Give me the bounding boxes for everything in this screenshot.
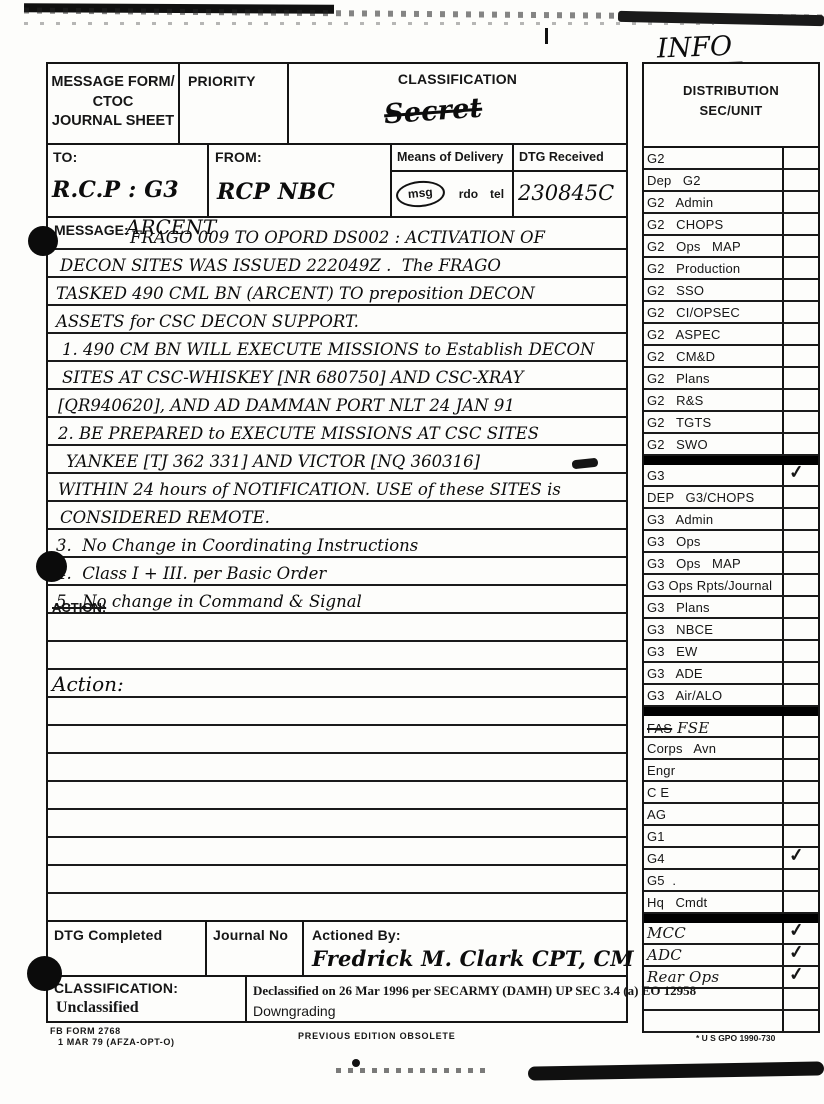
from-handwritten-value: RCP NBC — [217, 179, 335, 205]
distribution-row-label: G2 SWO — [644, 434, 782, 454]
scanned-message-form-page: MESSAGE FORM/ CTOC JOURNAL SHEET PRIORIT… — [0, 0, 824, 1104]
distribution-row: G3 Ops MAP — [644, 553, 818, 575]
priority-cell: PRIORITY — [180, 64, 289, 143]
distribution-row-label: G2 R&S — [644, 390, 782, 410]
distribution-row-label: G2 CI/OPSEC — [644, 302, 782, 322]
form-title-line: MESSAGE FORM/ — [48, 73, 178, 93]
actioned-by-cell: Actioned By: Fredrick M. Clark CPT, CM — [304, 922, 626, 975]
distribution-row-handwritten-label: ADC — [644, 945, 782, 965]
checkmark-icon: ✓ — [788, 941, 805, 963]
distribution-row-label: G3 Ops Rpts/Journal — [644, 575, 782, 595]
actioned-by-handwritten-signature: Fredrick M. Clark CPT, CM — [312, 946, 634, 971]
hole-punch-dot — [28, 226, 58, 256]
check-cell — [782, 346, 818, 366]
check-cell — [782, 641, 818, 661]
form-header-row: MESSAGE FORM/ CTOC JOURNAL SHEET PRIORIT… — [46, 62, 628, 145]
message-line: 1. 490 CM BN WILL EXECUTE MISSIONS to Es… — [48, 332, 626, 362]
message-line: DECON SITES WAS ISSUED 222049Z . The FRA… — [48, 248, 626, 278]
check-cell — [782, 192, 818, 212]
check-cell — [782, 738, 818, 758]
check-cell — [782, 236, 818, 256]
distribution-row: G2 SWO — [644, 434, 818, 456]
distribution-row: G2 CI/OPSEC — [644, 302, 818, 324]
distribution-row: G3 Air/ALO — [644, 685, 818, 707]
distribution-row: FAS FSE — [644, 716, 818, 738]
distribution-row-label: G3 Plans — [644, 597, 782, 617]
check-cell — [782, 214, 818, 234]
check-cell — [782, 258, 818, 278]
distribution-row: Engr — [644, 760, 818, 782]
form-date: 1 MAR 79 (AFZA-OPT-O) — [50, 1037, 175, 1048]
distribution-row-label: G2 Plans — [644, 368, 782, 388]
distribution-row: G2 CHOPS — [644, 214, 818, 236]
classification-block-cell: CLASSIFICATION: Unclassified — [48, 977, 247, 1021]
scan-artifact-bottom — [352, 1059, 360, 1067]
distribution-row-label: G1 — [644, 826, 782, 846]
classification-block-label: CLASSIFICATION: — [54, 980, 178, 996]
distribution-row-label: G3 Admin — [644, 509, 782, 529]
distribution-header-line: SEC/UNIT — [644, 101, 818, 121]
distribution-row: G3 Admin — [644, 509, 818, 531]
message-line — [48, 696, 626, 726]
distribution-row: G3✓ — [644, 465, 818, 487]
to-handwritten-value: R.C.P : G3 — [52, 177, 179, 203]
check-cell: ✓ — [782, 848, 818, 868]
distribution-row: G2 CM&D — [644, 346, 818, 368]
distribution-row: G2 Ops MAP — [644, 236, 818, 258]
from-cell: FROM: RCP NBC — [209, 145, 392, 216]
distribution-row: G3 ADE — [644, 663, 818, 685]
message-line: [QR940620], AND AD DAMMAN PORT NLT 24 JA… — [48, 388, 626, 418]
distribution-row-label: G5 . — [644, 870, 782, 890]
message-line: 2. BE PREPARED to EXECUTE MISSIONS AT CS… — [48, 416, 626, 446]
check-cell — [782, 434, 818, 454]
check-cell — [782, 412, 818, 432]
check-cell — [782, 826, 818, 846]
distribution-row-label: G2 ASPEC — [644, 324, 782, 344]
distribution-row: G2 ASPEC — [644, 324, 818, 346]
distribution-row: G3 EW — [644, 641, 818, 663]
message-line — [48, 640, 626, 670]
distribution-row-label: AG — [644, 804, 782, 824]
distribution-row: G3 Ops — [644, 531, 818, 553]
message-handwritten-text: Action: — [48, 674, 124, 696]
scan-artifact-bottom — [336, 1068, 486, 1073]
delivery-options: msg rdo tel — [392, 181, 512, 207]
check-cell — [782, 324, 818, 344]
check-cell: ✓ — [782, 465, 818, 485]
distribution-row: G2 Admin — [644, 192, 818, 214]
distribution-rows: G2Dep G2G2 AdminG2 CHOPSG2 Ops MAPG2 Pro… — [644, 148, 818, 1033]
means-of-delivery-cell: Means of Delivery msg rdo tel — [392, 145, 514, 216]
check-cell — [782, 368, 818, 388]
message-handwritten-text: 4. Class I + III. per Basic Order — [48, 566, 326, 585]
check-cell — [782, 760, 818, 780]
message-handwritten-text: 2. BE PREPARED to EXECUTE MISSIONS AT CS… — [48, 426, 539, 445]
declassification-stamp: Declassified on 26 Mar 1996 per SECARMY … — [253, 983, 696, 999]
message-handwritten-text: SITES AT CSC-WHISKEY [NR 680750] AND CSC… — [48, 370, 523, 389]
distribution-header: DISTRIBUTION SEC/UNIT — [644, 64, 818, 148]
distribution-row: Corps Avn — [644, 738, 818, 760]
dtg-completed-label: DTG Completed — [54, 927, 162, 943]
classification-block-value: Unclassified — [56, 999, 139, 1017]
check-cell: ✓ — [782, 945, 818, 965]
distribution-row-label: Engr — [644, 760, 782, 780]
message-handwritten-text: FRAGO 009 TO OPORD DS002 : ACTIVATION OF — [48, 230, 545, 249]
check-cell — [782, 782, 818, 802]
distribution-header-line: DISTRIBUTION — [644, 81, 818, 101]
distribution-row-label: Hq Cmdt — [644, 892, 782, 912]
distribution-row: G3 Ops Rpts/Journal — [644, 575, 818, 597]
declassification-cell: Declassified on 26 Mar 1996 per SECARMY … — [247, 977, 626, 1021]
classification-handwritten-value: Secret — [383, 93, 483, 131]
message-line: 3. No Change in Coordinating Instruction… — [48, 528, 626, 558]
classification-label: CLASSIFICATION — [398, 71, 517, 87]
form-title-line: CTOC — [48, 93, 178, 113]
dtg-received-cell: DTG Received 230845C — [514, 145, 626, 216]
check-cell — [782, 390, 818, 410]
check-cell — [782, 148, 818, 168]
distribution-row: G2 Production — [644, 258, 818, 280]
distribution-row-label: FAS FSE — [644, 716, 782, 736]
downgrading-label: Downgrading — [253, 1003, 336, 1019]
distribution-row: G2 — [644, 148, 818, 170]
classification-block-row: CLASSIFICATION: Unclassified Declassifie… — [46, 977, 628, 1023]
message-line: 5. No change in Command & Signal — [48, 584, 626, 614]
distribution-row: G2 SSO — [644, 280, 818, 302]
message-line — [48, 780, 626, 810]
distribution-row: Dep G2 — [644, 170, 818, 192]
distribution-row: G3 NBCE — [644, 619, 818, 641]
checkmark-icon: ✓ — [788, 844, 805, 866]
gpo-print-note: * U S GPO 1990-730 — [696, 1033, 775, 1043]
form-number-block: FB FORM 2768 1 MAR 79 (AFZA-OPT-O) — [50, 1026, 175, 1049]
distribution-row-label: C E — [644, 782, 782, 802]
check-cell: ✓ — [782, 923, 818, 943]
message-line: Action: — [48, 668, 626, 698]
check-cell — [782, 619, 818, 639]
distribution-row: G4✓ — [644, 848, 818, 870]
means-of-delivery-label: Means of Delivery — [392, 145, 512, 172]
message-handwritten-text: 5. No change in Command & Signal — [48, 594, 362, 613]
check-cell — [782, 509, 818, 529]
distribution-row-label: G2 SSO — [644, 280, 782, 300]
distribution-row-handwritten-label: MCC — [644, 923, 782, 943]
check-cell — [782, 804, 818, 824]
message-handwritten-text: CONSIDERED REMOTE. — [48, 510, 270, 529]
distribution-row-label: G2 CM&D — [644, 346, 782, 366]
previous-edition-note: PREVIOUS EDITION OBSOLETE — [298, 1031, 456, 1041]
message-line: WITHIN 24 hours of NOTIFICATION. USE of … — [48, 472, 626, 502]
distribution-row-label — [644, 1011, 782, 1031]
message-handwritten-text: 1. 490 CM BN WILL EXECUTE MISSIONS to Es… — [48, 342, 594, 361]
message-handwritten-text: [QR940620], AND AD DAMMAN PORT NLT 24 JA… — [48, 398, 515, 417]
message-line: FRAGO 009 TO OPORD DS002 : ACTIVATION OF — [48, 220, 626, 250]
check-cell — [782, 892, 818, 912]
scan-artifact-top — [24, 22, 714, 25]
check-cell — [782, 487, 818, 507]
distribution-row: C E — [644, 782, 818, 804]
message-handwritten-text: WITHIN 24 hours of NOTIFICATION. USE of … — [48, 482, 561, 501]
message-line — [48, 724, 626, 754]
message-handwritten-text: YANKEE [TJ 362 331] AND VICTOR [NQ 36031… — [48, 454, 480, 473]
message-line: CONSIDERED REMOTE. — [48, 500, 626, 530]
journal-no-cell: Journal No — [207, 922, 304, 975]
check-cell — [782, 170, 818, 190]
delivery-option-msg-circled: msg — [395, 179, 446, 209]
distribution-row-label: G3 NBCE — [644, 619, 782, 639]
to-cell: TO: R.C.P : G3 — [48, 145, 209, 216]
check-cell — [782, 1011, 818, 1031]
scan-artifact-bottom — [528, 1061, 824, 1080]
distribution-row-label: G3 Ops — [644, 531, 782, 551]
form-title-line: JOURNAL SHEET — [48, 112, 178, 132]
dtg-completed-cell: DTG Completed — [48, 922, 207, 975]
distribution-row-label: G2 TGTS — [644, 412, 782, 432]
delivery-option-rdo: rdo — [459, 187, 478, 201]
message-line: TASKED 490 CML BN (ARCENT) TO prepositio… — [48, 276, 626, 306]
message-line: ASSETS for CSC DECON SUPPORT. — [48, 304, 626, 334]
message-line — [48, 752, 626, 782]
check-cell — [782, 663, 818, 683]
distribution-row-label: G2 Admin — [644, 192, 782, 212]
check-cell: ✓ — [782, 967, 818, 987]
distribution-row-label: G3 EW — [644, 641, 782, 661]
distribution-row: G2 Plans — [644, 368, 818, 390]
message-line: YANKEE [TJ 362 331] AND VICTOR [NQ 36031… — [48, 444, 626, 474]
journal-no-label: Journal No — [213, 927, 288, 943]
distribution-row-label: G3 — [644, 465, 782, 485]
checkmark-icon: ✓ — [788, 919, 805, 941]
hole-punch-dot — [36, 551, 67, 582]
check-cell — [782, 597, 818, 617]
dtg-received-handwritten-value: 230845C — [518, 181, 614, 205]
form-title: MESSAGE FORM/ CTOC JOURNAL SHEET — [48, 64, 180, 143]
form-number: FB FORM 2768 — [50, 1026, 175, 1037]
distribution-table: DISTRIBUTION SEC/UNIT G2Dep G2G2 AdminG2… — [642, 62, 820, 1033]
check-cell — [782, 989, 818, 1009]
message-line — [48, 892, 626, 922]
distribution-row-label: DEP G3/CHOPS — [644, 487, 782, 507]
to-label: TO: — [53, 149, 77, 165]
message-line: SITES AT CSC-WHISKEY [NR 680750] AND CSC… — [48, 360, 626, 390]
check-cell — [782, 302, 818, 322]
priority-label: PRIORITY — [188, 73, 256, 89]
message-handwritten-text: DECON SITES WAS ISSUED 222049Z . The FRA… — [48, 258, 501, 277]
check-cell — [782, 716, 818, 736]
scan-artifact-mark — [545, 28, 548, 44]
delivery-option-tel: tel — [490, 187, 504, 201]
distribution-row-label: G3 Air/ALO — [644, 685, 782, 705]
struck-label: FAS — [647, 721, 672, 736]
distribution-row-label: G2 Production — [644, 258, 782, 278]
distribution-row-label: Dep G2 — [644, 170, 782, 190]
from-label: FROM: — [215, 149, 262, 165]
distribution-row-label: G2 CHOPS — [644, 214, 782, 234]
check-cell — [782, 685, 818, 705]
check-cell — [782, 553, 818, 573]
distribution-row — [644, 1011, 818, 1033]
message-area: MESSAGE: ARCENT ACTION: FRAGO 009 TO OPO… — [46, 218, 628, 920]
distribution-row: Hq Cmdt — [644, 892, 818, 914]
check-cell — [782, 280, 818, 300]
message-line — [48, 612, 626, 642]
distribution-section-divider — [644, 707, 818, 716]
check-cell — [782, 531, 818, 551]
distribution-row: G5 . — [644, 870, 818, 892]
message-handwritten-text: TASKED 490 CML BN (ARCENT) TO prepositio… — [48, 286, 535, 305]
message-line — [48, 808, 626, 838]
distribution-row-label: G3 Ops MAP — [644, 553, 782, 573]
check-cell — [782, 575, 818, 595]
distribution-row-label: Corps Avn — [644, 738, 782, 758]
distribution-row-label: G2 — [644, 148, 782, 168]
distribution-row: G2 R&S — [644, 390, 818, 412]
hole-punch-dot — [27, 956, 62, 991]
routing-row: TO: R.C.P : G3 FROM: RCP NBC Means of De… — [46, 145, 628, 218]
distribution-row-label: G2 Ops MAP — [644, 236, 782, 256]
distribution-row-label: G4 — [644, 848, 782, 868]
distribution-row: DEP G3/CHOPS — [644, 487, 818, 509]
actioned-by-label: Actioned By: — [312, 927, 401, 943]
handwritten-replacement-label: FSE — [672, 718, 709, 737]
dtg-received-label: DTG Received — [514, 145, 626, 172]
checkmark-icon: ✓ — [788, 963, 805, 985]
message-handwritten-text: ASSETS for CSC DECON SUPPORT. — [48, 314, 359, 333]
distribution-row: AG — [644, 804, 818, 826]
message-line: 4. Class I + III. per Basic Order — [48, 556, 626, 586]
distribution-row: G2 TGTS — [644, 412, 818, 434]
message-line — [48, 836, 626, 866]
classification-cell: CLASSIFICATION Secret — [289, 64, 626, 143]
distribution-row-label: G3 ADE — [644, 663, 782, 683]
distribution-row: G3 Plans — [644, 597, 818, 619]
checkmark-icon: ✓ — [788, 461, 805, 483]
message-handwritten-text: 3. No Change in Coordinating Instruction… — [48, 538, 418, 557]
check-cell — [782, 870, 818, 890]
completion-row: DTG Completed Journal No Actioned By: Fr… — [46, 920, 628, 977]
message-line — [48, 864, 626, 894]
